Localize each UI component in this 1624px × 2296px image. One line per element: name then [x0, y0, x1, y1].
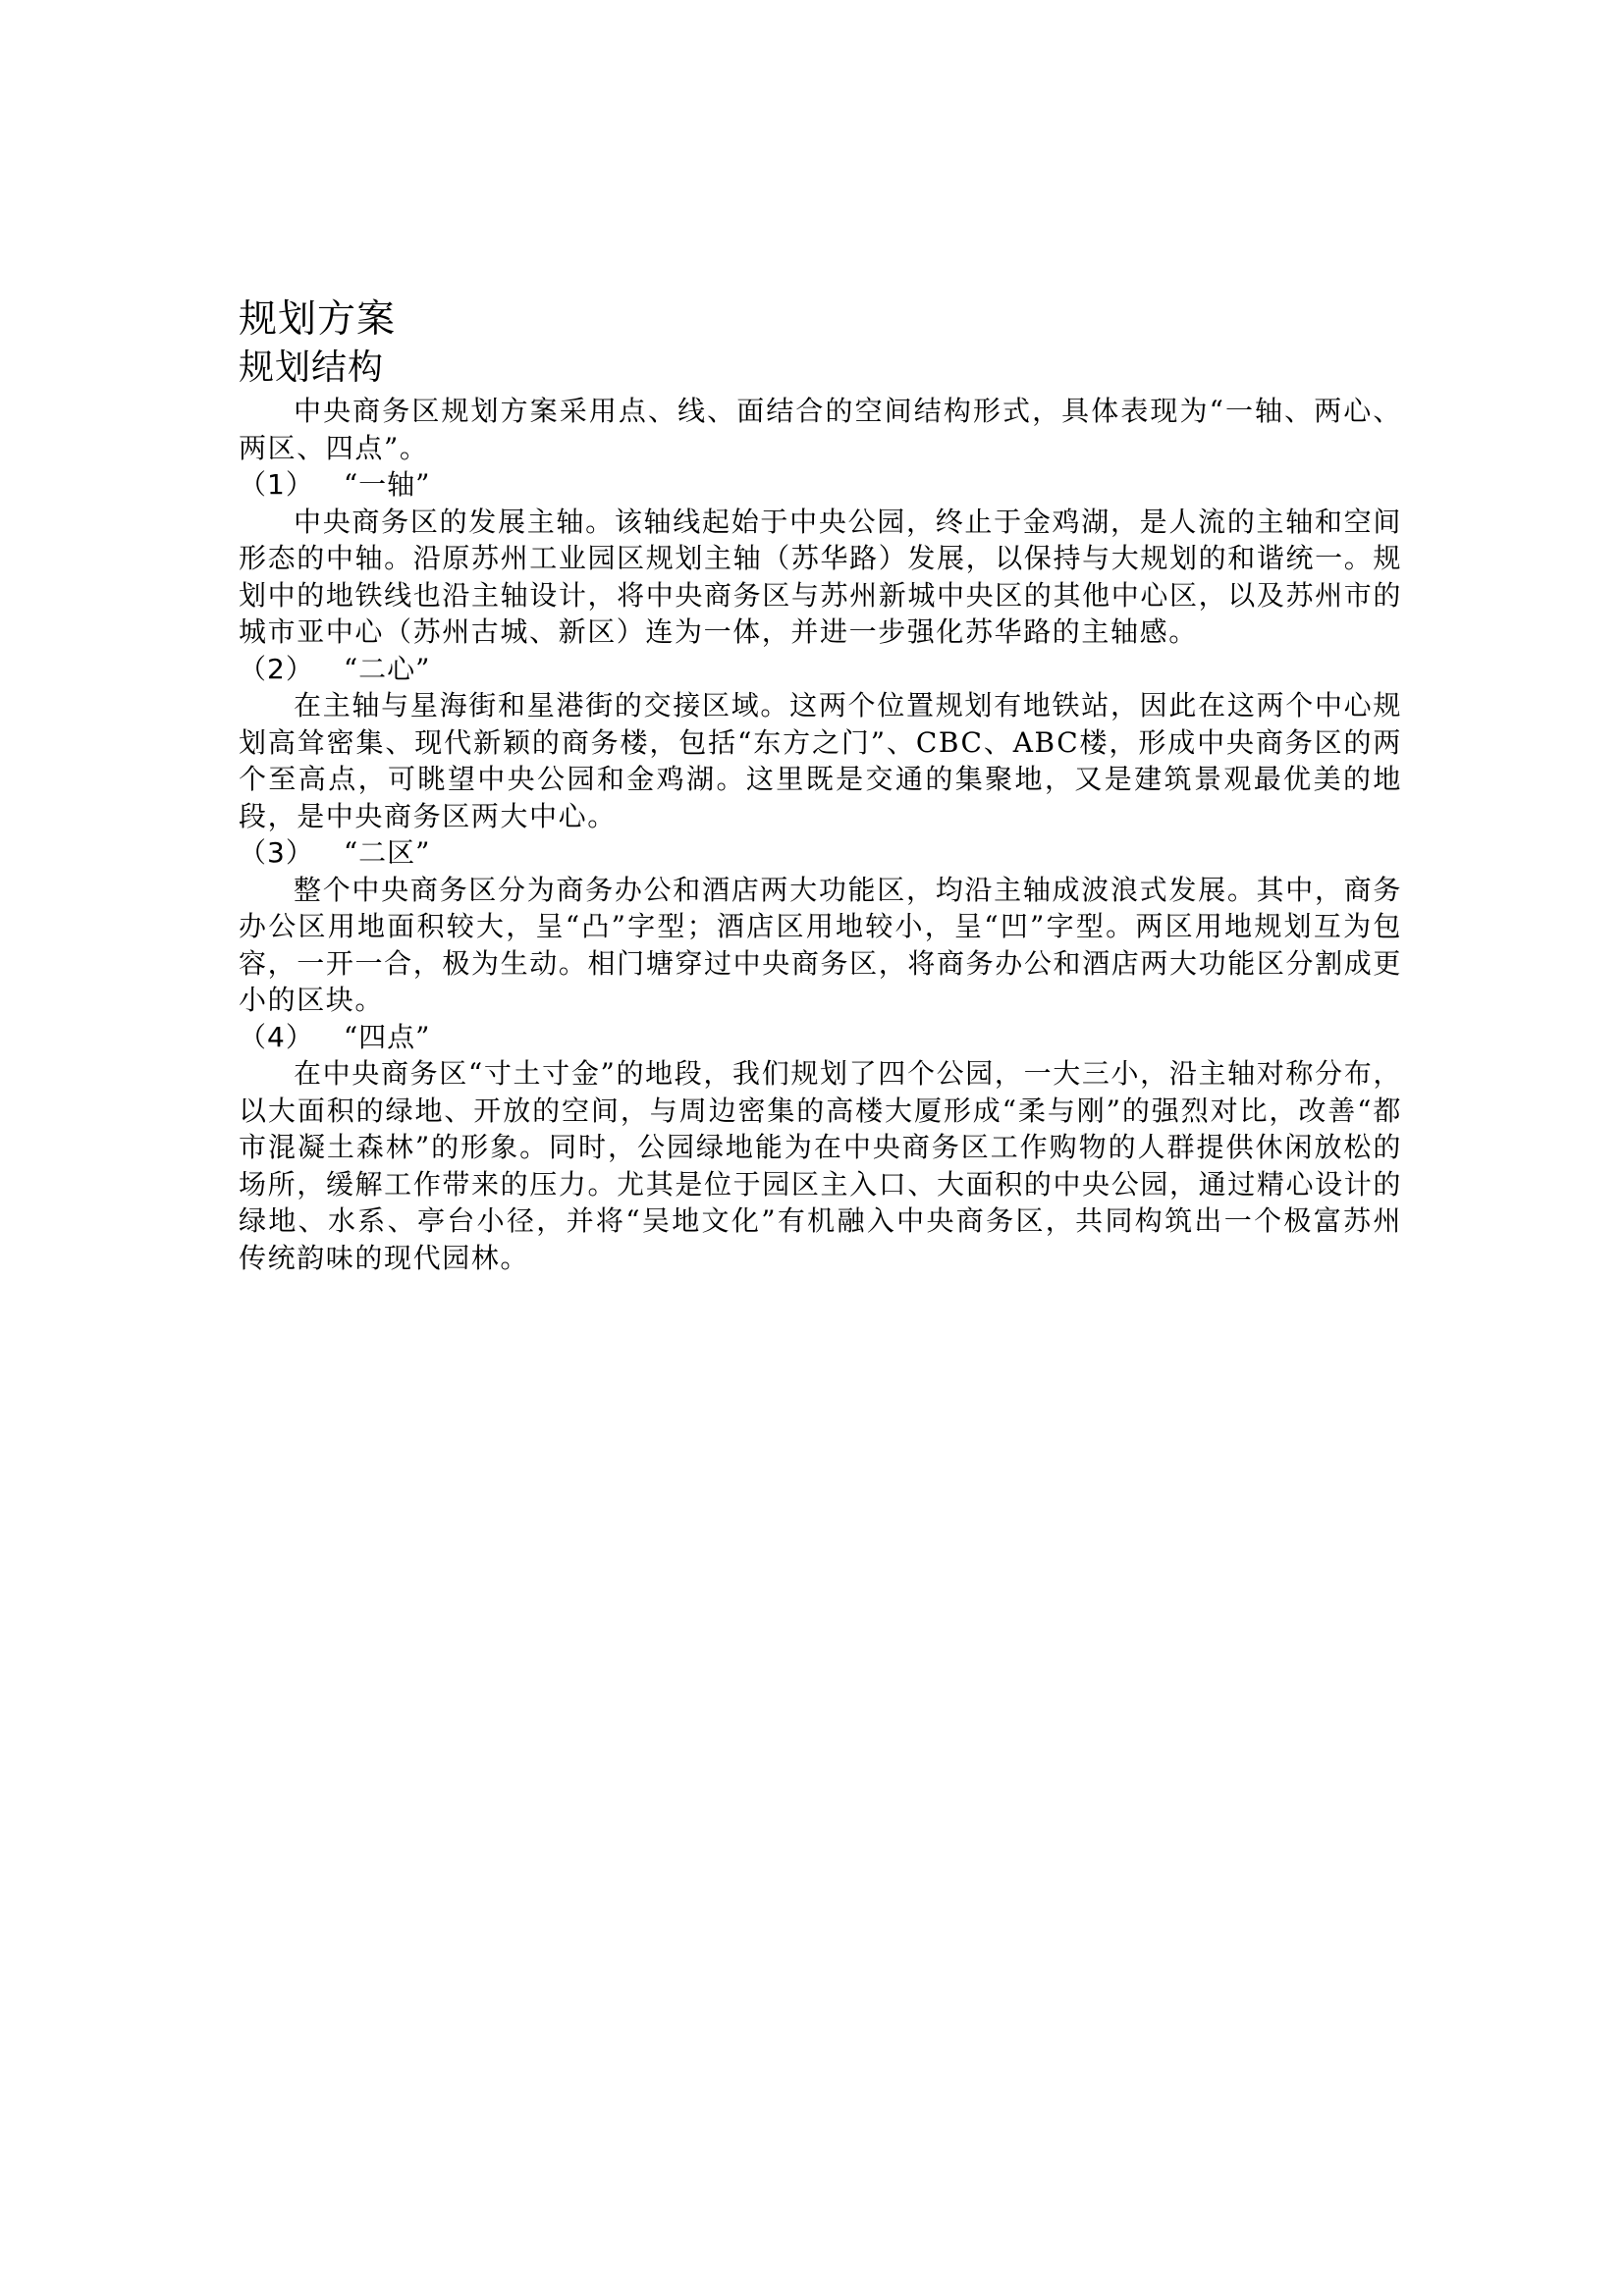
section-name: “一轴”	[344, 468, 431, 501]
section-name: “四点”	[344, 1021, 431, 1053]
section-one-axis: （1）“一轴” 中央商务区的发展主轴。该轴线起始于中央公园，终止于金鸡湖，是人流…	[239, 466, 1402, 651]
section-four-points: （4）“四点” 在中央商务区“寸土寸金”的地段，我们规划了四个公园，一大三小，沿…	[239, 1019, 1402, 1277]
section-heading: （2）“二心”	[239, 651, 1402, 688]
section-heading: （4）“四点”	[239, 1019, 1402, 1056]
section-number: （3）	[239, 836, 314, 869]
section-body: 整个中央商务区分为商务办公和酒店两大功能区，均沿主轴成波浪式发展。其中，商务办公…	[239, 872, 1402, 1019]
section-name: “二心”	[344, 653, 431, 685]
section-number: （4）	[239, 1021, 314, 1053]
intro-paragraph: 中央商务区规划方案采用点、线、面结合的空间结构形式，具体表现为“一轴、两心、两区…	[239, 393, 1402, 466]
section-body: 在中央商务区“寸土寸金”的地段，我们规划了四个公园，一大三小，沿主轴对称分布，以…	[239, 1055, 1402, 1276]
section-two-centers: （2）“二心” 在主轴与星海街和星港街的交接区域。这两个位置规划有地铁站，因此在…	[239, 651, 1402, 835]
section-heading: （1）“一轴”	[239, 466, 1402, 504]
section-body: 在主轴与星海街和星港街的交接区域。这两个位置规划有地铁站，因此在这两个中心规划高…	[239, 687, 1402, 834]
section-number: （1）	[239, 468, 314, 501]
section-two-zones: （3）“二区” 整个中央商务区分为商务办公和酒店两大功能区，均沿主轴成波浪式发展…	[239, 834, 1402, 1019]
section-number: （2）	[239, 653, 314, 685]
section-title-planning-structure: 规划结构	[239, 346, 1402, 391]
document-page: 规划方案 规划结构 中央商务区规划方案采用点、线、面结合的空间结构形式，具体表现…	[239, 294, 1402, 1276]
section-heading: （3）“二区”	[239, 834, 1402, 872]
section-name: “二区”	[344, 836, 431, 869]
document-title: 规划方案	[239, 294, 1402, 346]
section-body: 中央商务区的发展主轴。该轴线起始于中央公园，终止于金鸡湖，是人流的主轴和空间形态…	[239, 504, 1402, 651]
